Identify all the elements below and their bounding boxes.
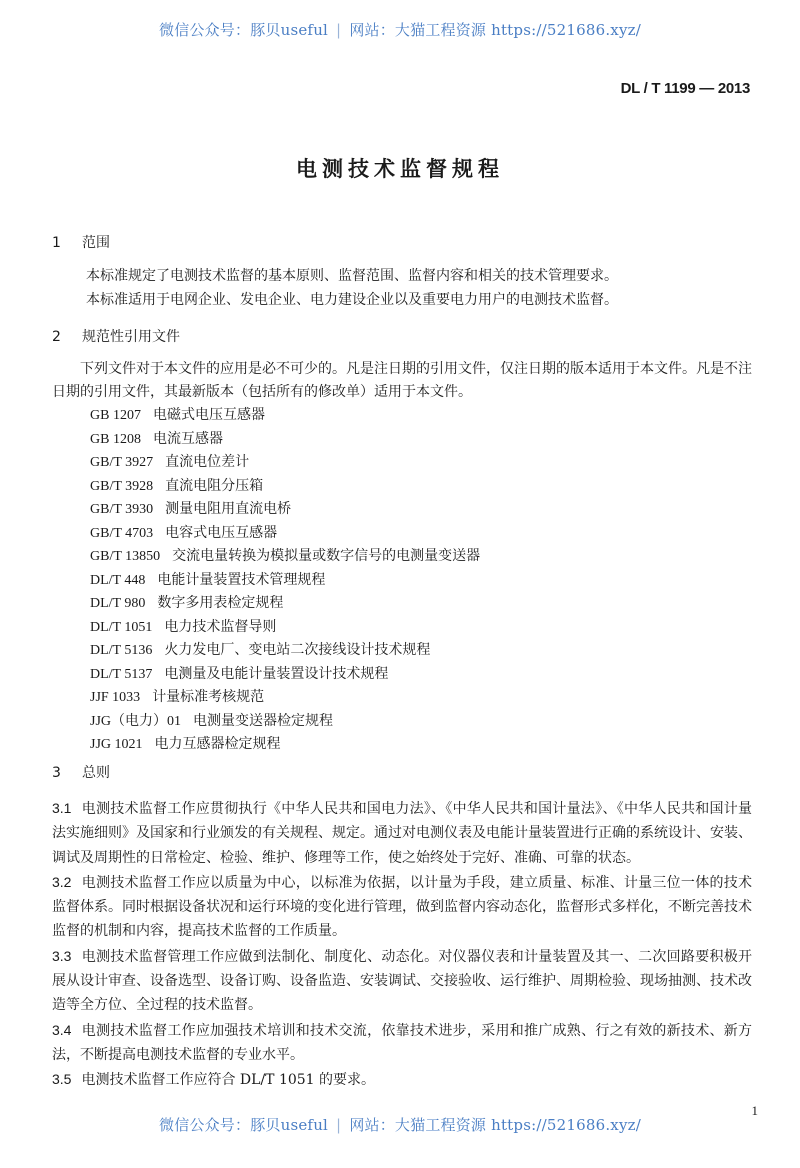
section-heading: 1范围 xyxy=(52,232,752,254)
reference-item: DL/T 5137电测量及电能计量装置设计技术规程 xyxy=(90,663,752,687)
reference-item: JJG（电力）01电测量变送器检定规程 xyxy=(90,710,752,734)
watermark-website: 网站：大猫工程资源 https://521686.xyz/ xyxy=(349,21,641,39)
reference-item: GB/T 3928直流电阻分压箱 xyxy=(90,475,752,499)
reference-item: GB/T 13850交流电量转换为模拟量或数字信号的电测量变送器 xyxy=(90,545,752,569)
clause-3-2: 3.2电测技术监督工作应以质量为中心，以标准为依据，以计量为手段，建立质量、标准… xyxy=(52,870,752,944)
reference-item: GB/T 4703电容式电压互感器 xyxy=(90,522,752,546)
reference-item: GB 1207电磁式电压互感器 xyxy=(90,404,752,428)
standard-code: DL / T 1199 — 2013 xyxy=(621,80,750,97)
watermark-wechat: 微信公众号：豚贝useful xyxy=(159,21,328,39)
clause-3-4: 3.4电测技术监督工作应加强技术培训和技术交流，依靠技术进步，采用和推广成熟、行… xyxy=(52,1018,752,1068)
section-heading: 2规范性引用文件 xyxy=(52,326,752,348)
reference-item: DL/T 980数字多用表检定规程 xyxy=(90,592,752,616)
section-general-principles: 3总则 3.1电测技术监督工作应贯彻执行《中华人民共和国电力法》、《中华人民共和… xyxy=(52,762,752,1093)
clause-3-3: 3.3电测技术监督管理工作应做到法制化、制度化、动态化。对仪器仪表和计量装置及其… xyxy=(52,944,752,1018)
paragraph: 本标准规定了电测技术监督的基本原则、监督范围、监督内容和相关的技术管理要求。 xyxy=(52,264,752,288)
watermark-top: 微信公众号：豚贝useful|网站：大猫工程资源 https://521686.… xyxy=(0,19,800,40)
reference-item: JJF 1033计量标准考核规范 xyxy=(90,686,752,710)
clause-3-1: 3.1电测技术监督工作应贯彻执行《中华人民共和国电力法》、《中华人民共和国计量法… xyxy=(52,796,752,870)
section-heading: 3总则 xyxy=(52,762,752,784)
section-scope: 1范围 本标准规定了电测技术监督的基本原则、监督范围、监督内容和相关的技术管理要… xyxy=(52,232,752,312)
reference-item: GB/T 3927直流电位差计 xyxy=(90,451,752,475)
references-intro: 下列文件对于本文件的应用是必不可少的。凡是注日期的引用文件，仅注日期的版本适用于… xyxy=(52,358,752,404)
reference-item: JJG 1021电力互感器检定规程 xyxy=(90,733,752,757)
watermark-wechat: 微信公众号：豚贝useful xyxy=(159,1116,328,1134)
clause-3-5: 3.5电测技术监督工作应符合 DL/T 1051 的要求。 xyxy=(52,1067,752,1092)
watermark-website: 网站：大猫工程资源 https://521686.xyz/ xyxy=(349,1116,641,1134)
watermark-bottom: 微信公众号：豚贝useful|网站：大猫工程资源 https://521686.… xyxy=(0,1114,800,1135)
watermark-separator: | xyxy=(336,1116,341,1134)
document-title: 电测技术监督规程 xyxy=(0,153,800,183)
reference-item: GB/T 3930测量电阻用直流电桥 xyxy=(90,498,752,522)
paragraph: 本标准适用于电网企业、发电企业、电力建设企业以及重要电力用户的电测技术监督。 xyxy=(52,288,752,312)
reference-item: DL/T 5136火力发电厂、变电站二次接线设计技术规程 xyxy=(90,639,752,663)
reference-item: DL/T 1051电力技术监督导则 xyxy=(90,616,752,640)
section-normative-references: 2规范性引用文件 下列文件对于本文件的应用是必不可少的。凡是注日期的引用文件，仅… xyxy=(52,326,752,757)
reference-list: GB 1207电磁式电压互感器 GB 1208电流互感器 GB/T 3927直流… xyxy=(52,404,752,757)
reference-item: GB 1208电流互感器 xyxy=(90,428,752,452)
reference-item: DL/T 448电能计量装置技术管理规程 xyxy=(90,569,752,593)
watermark-separator: | xyxy=(336,21,341,39)
